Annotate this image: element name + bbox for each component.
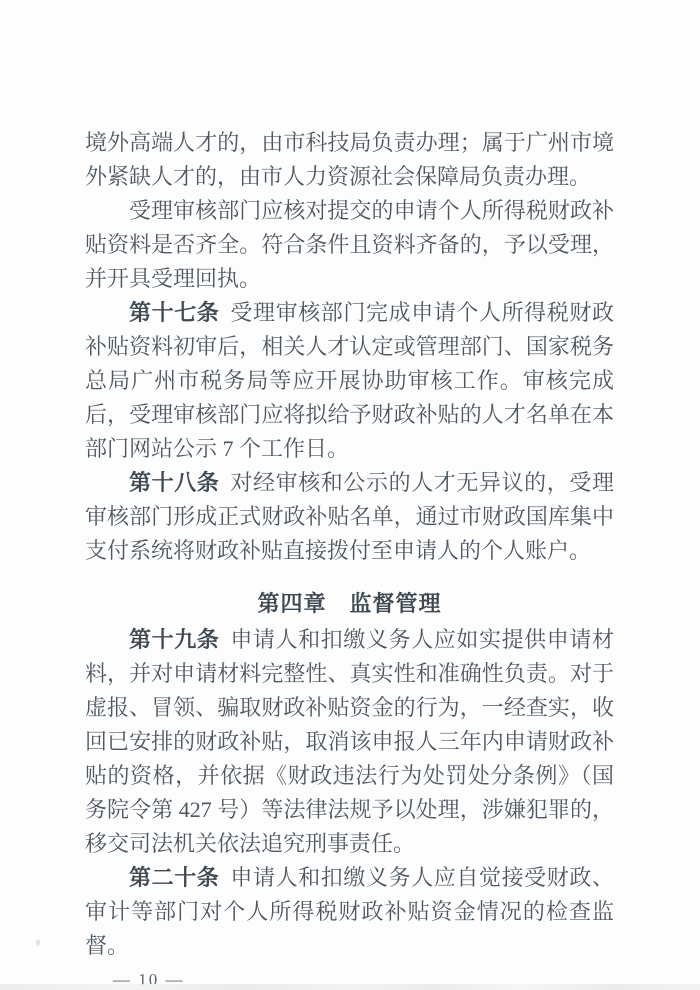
article-number-19: 第十九条 <box>129 627 219 652</box>
article-paragraph-20: 第二十条申请人和扣缴义务人应自觉接受财政、审计等部门对个人所得税财政补贴资金情况… <box>85 861 614 963</box>
article-paragraph-17: 第十七条受理审核部门完成申请个人所得税财政补贴资料初审后，相关人才认定或管理部门… <box>85 296 614 466</box>
article-number-20: 第二十条 <box>129 865 219 890</box>
article-number-17: 第十七条 <box>129 300 219 325</box>
scan-speck-artifact <box>36 939 40 946</box>
chapter-heading: 第四章 监督管理 <box>85 587 614 621</box>
article-paragraph-19: 第十九条申请人和扣缴义务人应如实提供申请材料，并对申请材料完整性、真实性和准确性… <box>85 623 614 861</box>
article-text-19: 申请人和扣缴义务人应如实提供申请材料，并对申请材料完整性、真实性和准确性负责。对… <box>85 627 614 856</box>
document-page: 境外高端人才的，由市科技局负责办理；属于广州市境外紧缺人才的，由市人力资源社会保… <box>0 0 700 990</box>
scan-edge-artifact <box>0 984 700 990</box>
body-paragraph: 受理审核部门应核对提交的申请个人所得税财政补贴资料是否齐全。符合条件且资料齐备的… <box>85 194 614 296</box>
continuation-paragraph: 境外高端人才的，由市科技局负责办理；属于广州市境外紧缺人才的，由市人力资源社会保… <box>85 126 614 194</box>
article-number-18: 第十八条 <box>129 470 219 495</box>
document-body: 境外高端人才的，由市科技局负责办理；属于广州市境外紧缺人才的，由市人力资源社会保… <box>85 126 614 990</box>
article-paragraph-18: 第十八条对经审核和公示的人才无异议的，受理审核部门形成正式财政补贴名单，通过市财… <box>85 466 614 568</box>
